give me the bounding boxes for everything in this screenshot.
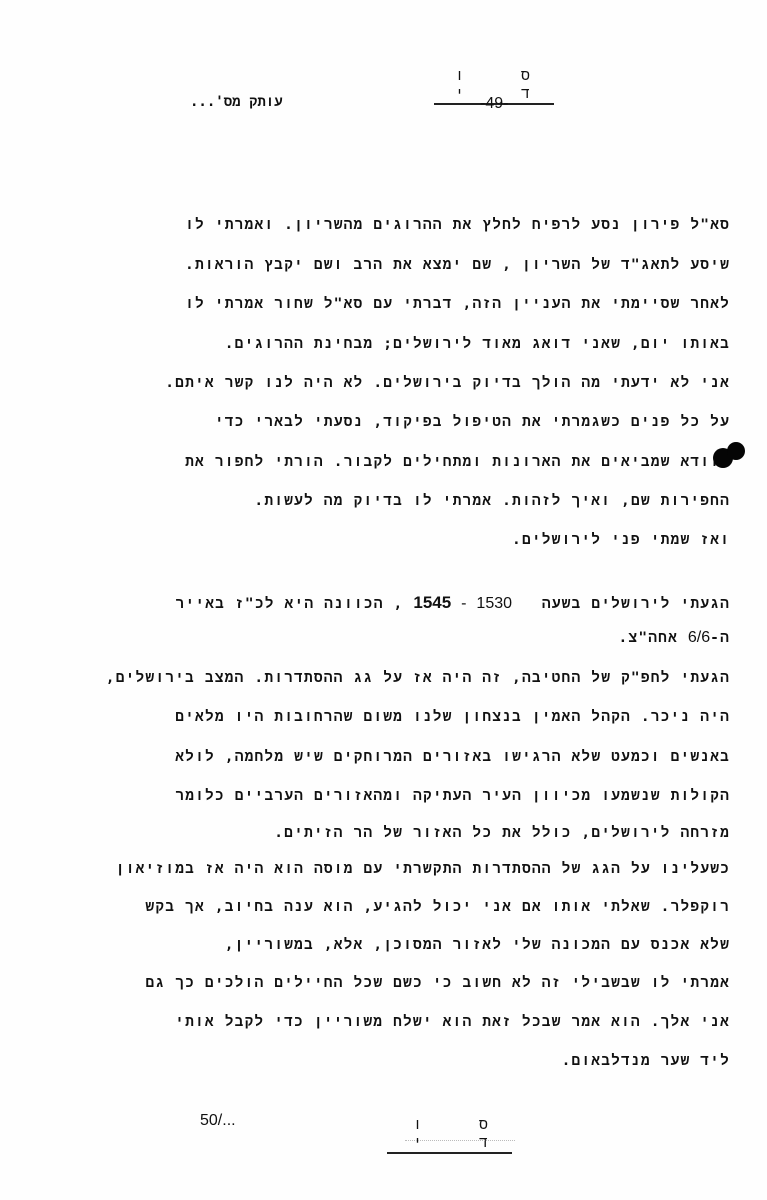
text-line: על כל פנים כשגמרתי את הטיפול בפיקוד, נסע… (215, 412, 730, 432)
arrival-date-line: ה-6/6 אחה"צ. (619, 628, 731, 648)
arrival-date-suffix: אחה"צ. (619, 630, 678, 646)
arrival-date-prefix: ה- (710, 630, 730, 646)
arrival-dash: - (461, 595, 466, 612)
document-page: ס ו ד י -49- עותק מס'... סא"ל פירון נסע … (0, 0, 767, 1200)
text-line: הקולות שנשמעו מכיוון העיר העתיקה ומהאזור… (175, 786, 730, 806)
text-line: שלא אכנס עם המכונה שלי לאזור המסוכן, אלא… (225, 935, 730, 955)
text-line: מזרחה לירושלים, כולל את כל האזור של הר ה… (274, 823, 730, 843)
text-line: רוקפלר. שאלתי אותו אם אני יכול להגיע, הו… (145, 897, 730, 917)
text-line: ואז שמתי פני לירושלים. (512, 530, 730, 550)
copy-number-label: עותק מס'... (190, 94, 330, 111)
arrival-prefix: הגעתי לירושלים בשעה (542, 596, 730, 612)
text-line: אני לא ידעתי מה הולך בדיוק בירושלים. לא … (165, 373, 730, 393)
hole-punch-icon (711, 440, 751, 470)
text-line: ליד שער מנדלבאום. (562, 1051, 730, 1071)
text-line: לוודא שמביאים את הארונות ומתחילים לקבור.… (185, 452, 730, 472)
text-line: שיסע לתאג"ד של השריון , שם ימצא את הרב ו… (185, 255, 730, 275)
text-line: סא"ל פירון נסע לרפיח לחלץ את ההרוגים מהש… (185, 215, 730, 235)
arrival-suffix: , הכוונה היא לכ"ז באייר (176, 596, 404, 612)
text-line: החפירות שם, ואיך לזהות. אמרתי לו בדיוק מ… (254, 491, 730, 511)
arrival-time-typed: 1530 (476, 595, 512, 612)
arrival-line: הגעתי לירושלים בשעה 1530 - 1545 , הכוונה… (176, 593, 730, 614)
arrival-date: 6/6 (688, 629, 710, 646)
text-line: היה ניכר. הקהל האמין בנצחון שלנו משום שה… (175, 707, 730, 727)
text-line: כשעלינו על הגג של ההסתדרות התקשרתי עם מו… (116, 859, 730, 879)
text-line: באותו יום, שאני דואג מאוד לירושלים; מבחי… (225, 334, 730, 354)
classification-footer: ס ו ד י (387, 1115, 512, 1154)
page-number: -49- (480, 95, 508, 113)
text-line: לאחר שסיימתי את העניין הזה, דברתי עם סא"… (185, 294, 730, 314)
text-line: הגעתי לחפ"ק של החטיבה, זה היה אז על גג ה… (106, 668, 730, 688)
text-line: באנשים וכמעט שלא הרגישו באזורים המרוחקים… (175, 747, 730, 767)
text-line: אני אלך. הוא אמר שבכל זאת הוא ישלח משורי… (175, 1012, 730, 1032)
arrival-time-handwritten: 1545 (413, 593, 451, 612)
continuation-marker: 50/... (200, 1112, 236, 1130)
text-line: אמרתי לו שבשבילי זה לא חשוב כי כשם שכל ה… (145, 973, 730, 993)
footer-divider (405, 1140, 515, 1141)
